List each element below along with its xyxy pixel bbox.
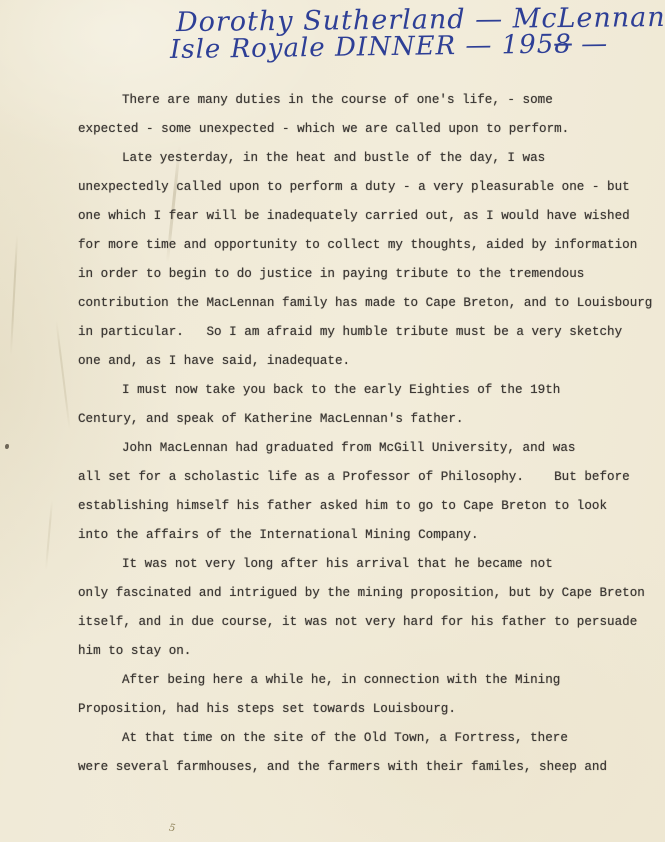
typed-line: After being here a while he, in connecti…: [78, 666, 658, 695]
typed-line: There are many duties in the course of o…: [78, 86, 658, 115]
typed-line: Proposition, had his steps set towards L…: [78, 695, 658, 724]
typed-line: expected - some unexpected - which we ar…: [78, 115, 658, 144]
handwritten-text-segment: —: [572, 29, 609, 60]
typed-line: unexpectedly called upon to perform a du…: [78, 173, 658, 202]
typed-line: one which I fear will be inadequately ca…: [78, 202, 658, 231]
typed-line: John MacLennan had graduated from McGill…: [78, 434, 658, 463]
typed-line: one and, as I have said, inadequate.: [78, 347, 658, 376]
typed-line: At that time on the site of the Old Town…: [78, 724, 658, 753]
typed-line: only fascinated and intrigued by the min…: [78, 579, 658, 608]
typed-line: Late yesterday, in the heat and bustle o…: [78, 144, 658, 173]
typed-line: Century, and speak of Katherine MacLenna…: [78, 405, 658, 434]
paper-crease: [45, 500, 53, 570]
document-page: Dorothy Sutherland — McLennan Talk— Isle…: [0, 0, 665, 842]
typed-line: into the affairs of the International Mi…: [78, 521, 658, 550]
typed-line: in order to begin to do justice in payin…: [78, 260, 658, 289]
paper-crease: [55, 320, 70, 429]
typed-line: I must now take you back to the early Ei…: [78, 376, 658, 405]
pencil-mark: 5: [168, 823, 176, 835]
handwritten-struck-digit: 8: [554, 29, 572, 59]
handwritten-line-event: Isle Royale DINNER — 1958 —: [170, 29, 608, 65]
typed-line: establishing himself his father asked hi…: [78, 492, 658, 521]
typed-line: It was not very long after his arrival t…: [78, 550, 658, 579]
typed-line: contribution the MacLennan family has ma…: [78, 289, 658, 318]
ink-speck: [5, 444, 9, 449]
typed-line: all set for a scholastic life as a Profe…: [78, 463, 658, 492]
typed-line: for more time and opportunity to collect…: [78, 231, 658, 260]
typed-line: were several farmhouses, and the farmers…: [78, 753, 658, 782]
typed-text-body: There are many duties in the course of o…: [78, 86, 658, 782]
typed-line: in particular. So I am afraid my humble …: [78, 318, 658, 347]
handwritten-text-segment: Isle Royale DINNER — 195: [170, 30, 555, 65]
typed-line: itself, and in due course, it was not ve…: [78, 608, 658, 637]
paper-crease: [10, 235, 18, 355]
typed-line: him to stay on.: [78, 637, 658, 666]
